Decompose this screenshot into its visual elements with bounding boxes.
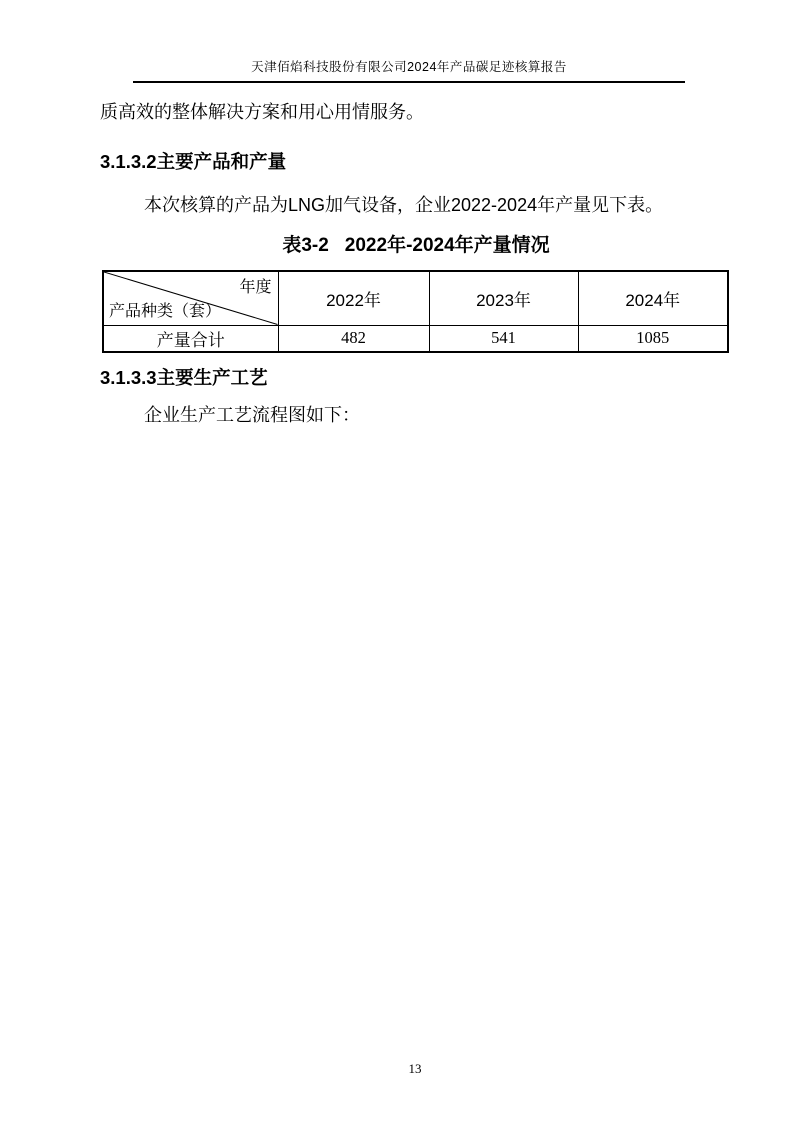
page-number: 13 xyxy=(409,1061,422,1076)
intro-paragraph: 质高效的整体解决方案和用心用情服务。 xyxy=(100,101,732,124)
production-table: 年度 产品种类（套） 2022年 2023年 2024年 产量合计 482 54… xyxy=(102,270,729,353)
corner-label-product-type: 产品种类（套） xyxy=(109,303,221,321)
table-caption-label: 表3-2 xyxy=(282,235,328,256)
column-header-2023: 2023年 xyxy=(429,271,578,325)
column-header-2024: 2024年 xyxy=(578,271,728,325)
corner-label-year: 年度 xyxy=(239,279,271,297)
document-page: 天津佰焰科技股份有限公司2024年产品碳足迹核算报告 质高效的整体解决方案和用心… xyxy=(0,0,800,1130)
running-header-title: 天津佰焰科技股份有限公司2024年产品碳足迹核算报告 xyxy=(251,60,567,74)
column-header-2022: 2022年 xyxy=(278,271,429,325)
section-heading-products: 3.1.3.2主要产品和产量 xyxy=(100,150,732,173)
page-content: 质高效的整体解决方案和用心用情服务。 3.1.3.2主要产品和产量 本次核算的产… xyxy=(100,101,732,427)
table-header-row: 年度 产品种类（套） 2022年 2023年 2024年 xyxy=(103,271,728,325)
table-caption-title: 2022年-2024年产量情况 xyxy=(345,235,550,256)
table-caption: 表3-22022年-2024年产量情况 xyxy=(100,234,732,258)
page-footer: 13 xyxy=(100,1061,730,1077)
products-paragraph: 本次核算的产品为LNG加气设备，企业2022-2024年产量见下表。 xyxy=(100,194,732,217)
output-value-2024: 1085 xyxy=(578,325,728,352)
running-header: 天津佰焰科技股份有限公司2024年产品碳足迹核算报告 xyxy=(133,0,685,83)
output-value-2023: 541 xyxy=(429,325,578,352)
process-paragraph: 企业生产工艺流程图如下： xyxy=(100,404,732,427)
table-corner-cell: 年度 产品种类（套） xyxy=(103,271,278,325)
table-row: 产量合计 482 541 1085 xyxy=(103,325,728,352)
row-label-total-output: 产量合计 xyxy=(103,325,278,352)
section-heading-process: 3.1.3.3主要生产工艺 xyxy=(100,366,732,389)
output-value-2022: 482 xyxy=(278,325,429,352)
